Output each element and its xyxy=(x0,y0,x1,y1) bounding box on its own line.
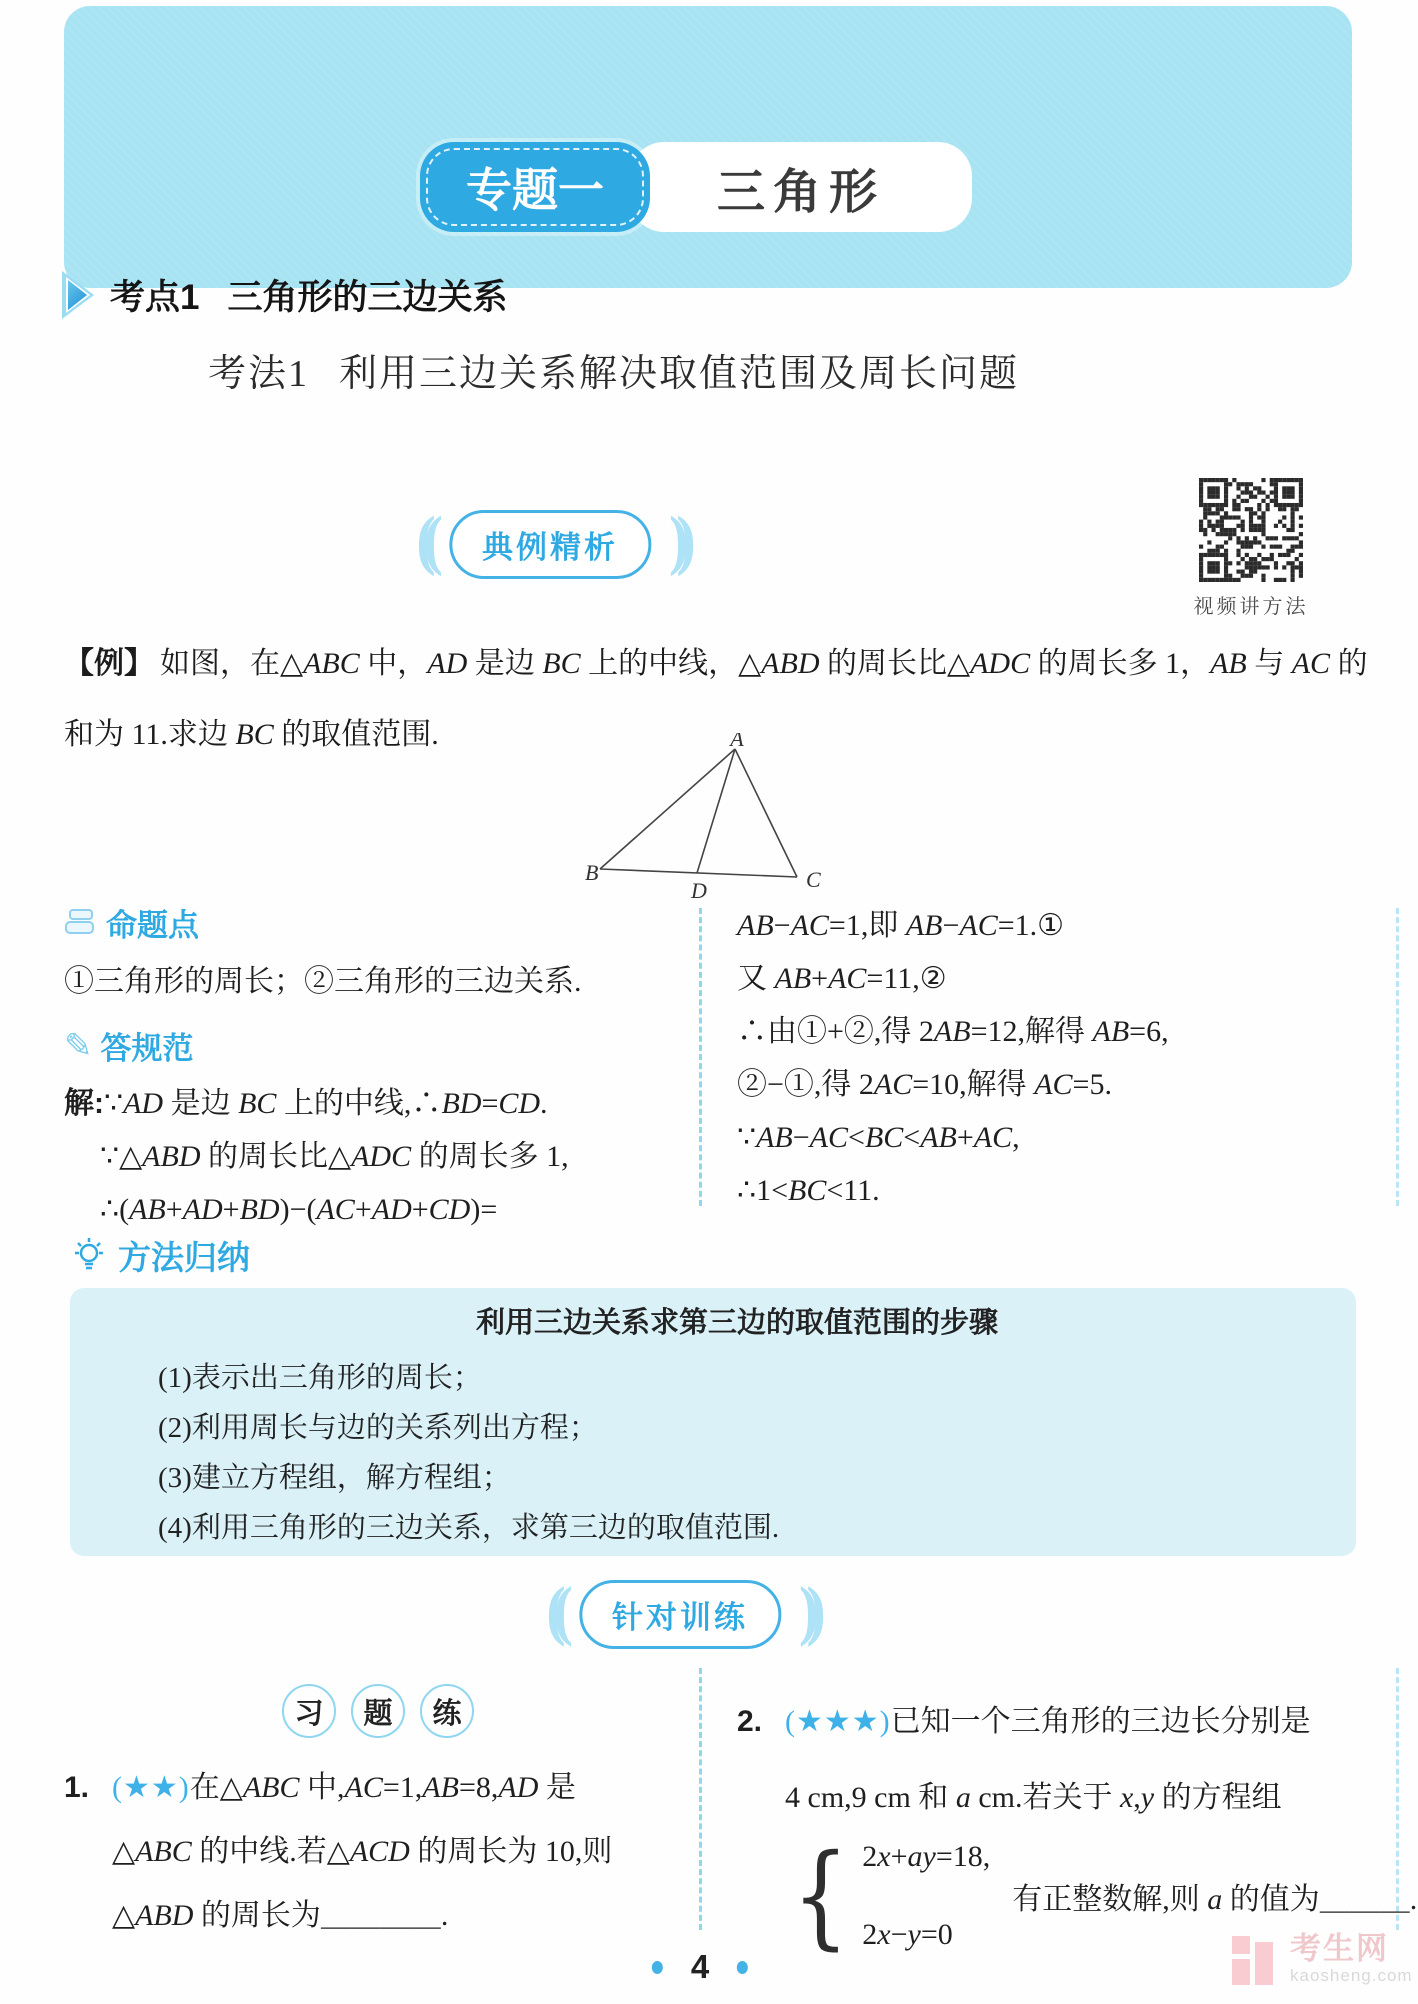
topic-title-pill: 三角形 xyxy=(630,142,972,232)
solution-line: 解:∵AD 是边 BC 上的中线,∴BD=CD. xyxy=(64,1084,694,1124)
solution-line: ∴1<BC<11. xyxy=(737,1171,1365,1211)
topic-badge: 专题一 三角形 xyxy=(420,142,972,232)
watermark-domain: kaosheng.com xyxy=(1290,1966,1413,1986)
solution-line: ∵AB−AC<BC<AB+AC, xyxy=(737,1118,1365,1158)
solution-line: AB−AC=1,即 AB−AC=1.① xyxy=(737,906,1365,946)
method-title: 利用三边关系求第三边的取值范围的步骤 xyxy=(158,1300,1316,1341)
exercise-badge-char: 题 xyxy=(351,1684,405,1738)
answer-header: ✎ 答规范 xyxy=(64,1023,694,1068)
exercise-badge: 习 题 练 xyxy=(282,1684,474,1738)
equation-line: 2x+ay=18, xyxy=(862,1840,990,1874)
kaofa-title: 考法1利用三边关系解决取值范围及周长问题 xyxy=(208,342,1019,397)
badge-arc-left-icon: (( xyxy=(416,507,441,583)
method-step: (4)利用三角形的三边关系，求第三边的取值范围. xyxy=(158,1503,1316,1553)
solution-left-column: 命题点 ①三角形的周长；②三角形的三边关系. ✎ 答规范 解:∵AD 是边 BC… xyxy=(64,900,694,1230)
page-footer: 4 xyxy=(652,1948,748,1986)
method-header-label: 方法归纳 xyxy=(118,1232,250,1279)
solution-line: ∴(AB+AD+BD)−(AC+AD+CD)= xyxy=(64,1190,694,1230)
solution-line: ∴由①+②,得 2AB=12,解得 AB=6, xyxy=(737,1012,1365,1052)
qr-caption: 视频讲方法 xyxy=(1186,590,1316,619)
vertex-label-a: A xyxy=(728,733,744,751)
kaodian-title: 三角形的三边关系 xyxy=(227,278,507,317)
points-text: ①三角形的周长；②三角形的三边关系. xyxy=(64,962,694,1002)
triangle-figure: A B D C xyxy=(575,733,825,908)
kaofa-text: 利用三边关系解决取值范围及周长问题 xyxy=(339,353,1019,395)
chevron-right-icon xyxy=(58,271,94,319)
badge-arc-right-icon: )) xyxy=(789,1577,814,1653)
problem-1: 1. (★★)在△ABC 中,AC=1,AB=8,AD 是 △ABC 的中线.若… xyxy=(64,1756,694,1948)
points-header-label: 命题点 xyxy=(106,900,199,945)
problem-line: 在△ABC 中,AC=1,AB=8,AD 是 xyxy=(190,1771,576,1804)
page-number: 4 xyxy=(691,1948,709,1986)
example-badge: (( 典例精析 )) xyxy=(416,510,683,579)
method-step: (2)利用周长与边的关系列出方程； xyxy=(158,1403,1316,1453)
problem-number: 1. xyxy=(64,1756,89,1820)
topic-label: 专题一 xyxy=(466,154,604,220)
footer-dot-icon xyxy=(737,1961,748,1974)
example-badge-label: 典例精析 xyxy=(449,510,651,579)
kaofa-label: 考法1 xyxy=(208,353,309,395)
watermark-logo: 考生网 kaosheng.com xyxy=(1232,1932,1413,1992)
vertex-label-c: C xyxy=(806,867,821,892)
qr-code xyxy=(1186,478,1316,582)
pencil-icon: ✎ xyxy=(64,1026,93,1066)
method-header: 方法归纳 xyxy=(70,1232,250,1279)
problem-2: 2. (★★★)已知一个三角形的三边长分别是 4 cm,9 cm 和 a cm.… xyxy=(737,1684,1377,1952)
answer-header-label: 答规范 xyxy=(101,1023,194,1068)
column-divider xyxy=(699,1668,702,1930)
exercise-badge-char: 习 xyxy=(282,1684,336,1738)
method-box: 利用三边关系求第三边的取值范围的步骤 (1)表示出三角形的周长； (2)利用周长… xyxy=(70,1288,1356,1556)
watermark-name: 考生网 xyxy=(1290,1932,1413,1966)
topic-label-pill: 专题一 xyxy=(420,142,650,232)
problem-number: 2. xyxy=(737,1684,762,1760)
solution-prefix: 解: xyxy=(64,1087,104,1120)
kaodian-label: 考点1 xyxy=(110,278,199,317)
solution-line: ②−①,得 2AC=10,解得 AC=5. xyxy=(737,1065,1365,1105)
problem-line: 4 cm,9 cm 和 a cm.若关于 x,y 的方程组 xyxy=(737,1760,1377,1836)
example-line-1: 如图，在△ABC 中，AD 是边 BC 上的中线，△ABD 的周长比△ADC 的… xyxy=(160,647,1368,680)
training-badge-label: 针对训练 xyxy=(579,1580,781,1649)
column-divider xyxy=(699,908,702,1206)
problem-line: △ABD 的周长为＿＿＿＿. xyxy=(64,1884,694,1948)
problem-line: 已知一个三角形的三边长分别是 xyxy=(891,1705,1311,1738)
exercise-badge-char: 练 xyxy=(420,1684,474,1738)
solution-line: 又 AB+AC=11,② xyxy=(737,959,1365,999)
column-divider xyxy=(1396,908,1399,1206)
method-step: (1)表示出三角形的周长； xyxy=(158,1353,1316,1403)
system-brace: { xyxy=(792,1840,849,1952)
problem-line: △ABC 的中线.若△ACD 的周长为 10,则 xyxy=(64,1820,694,1884)
example-tag: 【例】 xyxy=(64,647,154,680)
method-step: (3)建立方程组，解方程组； xyxy=(158,1453,1316,1503)
notes-icon xyxy=(64,908,98,938)
topic-title: 三角形 xyxy=(717,153,885,222)
problem-tail: 有正整数解,则 a 的值为＿＿＿. xyxy=(1012,1874,1417,1918)
vertex-label-b: B xyxy=(585,860,598,885)
badge-arc-left-icon: (( xyxy=(546,1577,571,1653)
qr-block: 视频讲方法 xyxy=(1186,478,1316,619)
star-rating: (★★★) xyxy=(785,1705,891,1738)
watermark-blocks-icon xyxy=(1232,1932,1282,1992)
star-rating: (★★) xyxy=(112,1771,190,1804)
equation-line: 2x−y=0 xyxy=(862,1918,990,1952)
kaodian-header: 考点1三角形的三边关系 xyxy=(58,270,507,320)
badge-arc-right-icon: )) xyxy=(659,507,684,583)
footer-dot-icon xyxy=(652,1961,663,1974)
solution-right-column: AB−AC=1,即 AB−AC=1.① 又 AB+AC=11,② ∴由①+②,得… xyxy=(737,900,1365,1211)
lightbulb-icon xyxy=(70,1236,108,1276)
training-badge: (( 针对训练 )) xyxy=(546,1580,813,1649)
points-header: 命题点 xyxy=(64,900,694,945)
solution-line: ∵△ABD 的周长比△ADC 的周长多 1, xyxy=(64,1137,694,1177)
